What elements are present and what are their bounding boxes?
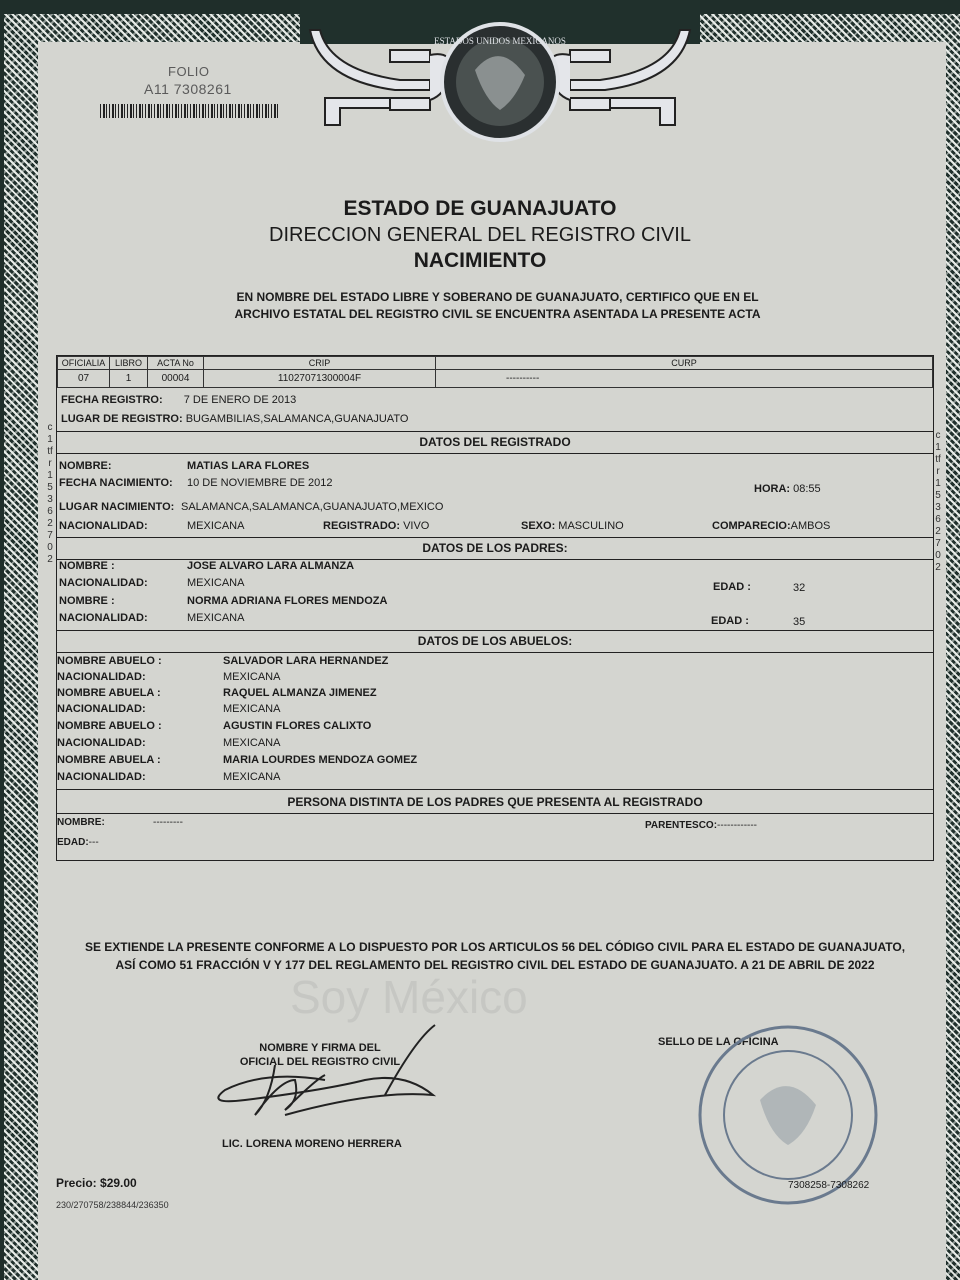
national-coat-of-arms-emblem: ESTADOS UNIDOS MEXICANOS: [300, 0, 700, 160]
padre-nombre-label: NOMBRE :: [59, 560, 115, 572]
presentante-edad-value: ---: [89, 837, 99, 848]
col-crip: CRIP: [204, 357, 436, 370]
price: Precio: $29.00: [56, 1176, 137, 1190]
madre-nacionalidad: MEXICANA: [187, 612, 244, 624]
madre-edad-label: EDAD :: [711, 615, 749, 627]
abuela-1-nacionalidad: MEXICANA: [223, 703, 280, 715]
lugar-nac-value: SALAMANCA,SALAMANCA,GUANAJUATO,MEXICO: [181, 501, 443, 513]
section-registrado: DATOS DEL REGISTRADO: [57, 435, 933, 449]
folio-number: A11 7308261: [144, 81, 232, 97]
abuela-2-label: NOMBRE ABUELA :: [57, 754, 161, 766]
legal-line-1: SE EXTIENDE LA PRESENTE CONFORME A LO DI…: [0, 938, 960, 956]
parentesco: PARENTESCO:------------: [645, 820, 757, 831]
val-curp: ----------: [436, 370, 933, 388]
hora: HORA: 08:55: [754, 483, 821, 495]
fecha-registro-label: FECHA REGISTRO:: [61, 394, 163, 406]
abuela-1-nac-label: NACIONALIDAD:: [57, 703, 146, 715]
legal-statement: SE EXTIENDE LA PRESENTE CONFORME A LO DI…: [0, 938, 960, 974]
lugar-registro-label: LUGAR DE REGISTRO:: [61, 413, 183, 425]
intro-line-2: ARCHIVO ESTATAL DEL REGISTRO CIVIL SE EN…: [0, 306, 960, 323]
abuelo-2-nac-label: NACIONALIDAD:: [57, 737, 146, 749]
parentesco-label: PARENTESCO:: [645, 820, 717, 831]
abuelo-2-nacionalidad: MEXICANA: [223, 737, 280, 749]
sexo-value: MASCULINO: [558, 520, 623, 532]
lugar-registro-value: BUGAMBILIAS,SALAMANCA,GUANAJUATO: [186, 413, 409, 425]
registrado-label: REGISTRADO:: [323, 520, 400, 532]
agency-title: DIRECCION GENERAL DEL REGISTRO CIVIL: [0, 224, 960, 247]
presentante-nombre: ---------: [153, 817, 183, 828]
folio-label: FOLIO: [168, 64, 210, 79]
val-libro: 1: [110, 370, 148, 388]
lugar-registro: LUGAR DE REGISTRO: BUGAMBILIAS,SALAMANCA…: [61, 413, 408, 425]
val-crip: 11027071300004F: [204, 370, 436, 388]
watermark-text: Soy México: [290, 970, 528, 1024]
abuelo-1-nombre: SALVADOR LARA HERNANDEZ: [223, 655, 388, 667]
fecha-registro-value: 7 DE ENERO DE 2013: [184, 394, 297, 406]
col-curp: CURP: [436, 357, 933, 370]
sexo-label: SEXO:: [521, 520, 555, 532]
side-code-left: c1tfr15362702: [46, 422, 54, 566]
header-table: OFICIALIA LIBRO ACTA No CRIP CURP 07 1 0…: [57, 356, 933, 388]
val-oficialia: 07: [58, 370, 110, 388]
col-libro: LIBRO: [110, 357, 148, 370]
col-oficialia: OFICIALIA: [58, 357, 110, 370]
intro-line-1: EN NOMBRE DEL ESTADO LIBRE Y SOBERANO DE…: [0, 289, 960, 306]
val-acta: 00004: [148, 370, 204, 388]
nacionalidad-value: MEXICANA: [187, 520, 244, 532]
padre-edad: 32: [793, 582, 805, 594]
fecha-nac-value: 10 DE NOVIEMBRE DE 2012: [187, 477, 333, 489]
comparecio-value: AMBOS: [791, 520, 831, 532]
section-abuelos: DATOS DE LOS ABUELOS:: [57, 634, 933, 648]
abuela-2-nac-label: NACIONALIDAD:: [57, 771, 146, 783]
madre-nombre-label: NOMBRE :: [59, 595, 115, 607]
presentante-nombre-label: NOMBRE:: [57, 817, 105, 828]
comparecio: COMPARECIO:AMBOS: [712, 520, 830, 532]
abuela-1-nombre: RAQUEL ALMANZA JIMENEZ: [223, 687, 377, 699]
nombre-registrado: MATIAS LARA FLORES: [187, 460, 309, 472]
madre-nombre: NORMA ADRIANA FLORES MENDOZA: [187, 595, 387, 607]
seal-numbers: 7308258-7308262: [788, 1180, 869, 1191]
hora-label: HORA:: [754, 483, 790, 495]
parentesco-value: ------------: [717, 820, 757, 831]
registrado-status: REGISTRADO: VIVO: [323, 520, 429, 532]
presentante-edad-label: EDAD:: [57, 837, 89, 848]
intro-text: EN NOMBRE DEL ESTADO LIBRE Y SOBERANO DE…: [0, 289, 960, 323]
barcode: [100, 104, 280, 118]
legal-line-2: ASÍ COMO 51 FRACCIÓN V Y 177 DEL REGLAME…: [0, 956, 960, 974]
padre-nombre: JOSE ALVARO LARA ALMANZA: [187, 560, 354, 572]
col-acta: ACTA No: [148, 357, 204, 370]
fecha-nac-label: FECHA NACIMIENTO:: [59, 477, 173, 489]
act-type-title: NACIMIENTO: [0, 249, 960, 273]
abuelo-1-nacionalidad: MEXICANA: [223, 671, 280, 683]
state-title: ESTADO DE GUANAJUATO: [0, 197, 960, 221]
handwritten-signature: [205, 1020, 445, 1130]
abuela-2-nacionalidad: MEXICANA: [223, 771, 280, 783]
comparecio-label: COMPARECIO:: [712, 520, 791, 532]
registrado-value: VIVO: [403, 520, 429, 532]
presentante-edad: EDAD:---: [57, 837, 99, 848]
padre-nac-label: NACIONALIDAD:: [59, 577, 148, 589]
nacionalidad-label: NACIONALIDAD:: [59, 520, 148, 532]
lugar-nac-label: LUGAR NACIMIENTO:: [59, 501, 174, 513]
section-presentante: PERSONA DISTINTA DE LOS PADRES QUE PRESE…: [57, 795, 933, 809]
fecha-registro: FECHA REGISTRO: 7 DE ENERO DE 2013: [61, 394, 296, 406]
nombre-label: NOMBRE:: [59, 460, 112, 472]
padre-edad-label: EDAD :: [713, 581, 751, 593]
section-padres: DATOS DE LOS PADRES:: [57, 541, 933, 555]
record-box: OFICIALIA LIBRO ACTA No CRIP CURP 07 1 0…: [56, 355, 934, 861]
reference-codes: 230/270758/238844/236350: [56, 1200, 169, 1210]
abuelo-2-nombre: AGUSTIN FLORES CALIXTO: [223, 720, 371, 732]
madre-edad: 35: [793, 616, 805, 628]
abuela-1-label: NOMBRE ABUELA :: [57, 687, 161, 699]
official-name: LIC. LORENA MORENO HERRERA: [222, 1138, 402, 1150]
abuelo-1-label: NOMBRE ABUELO :: [57, 655, 162, 667]
sexo: SEXO: MASCULINO: [521, 520, 624, 532]
seal-legend: ESTADOS UNIDOS MEXICANOS: [434, 36, 566, 46]
hora-value: 08:55: [793, 483, 821, 495]
madre-nac-label: NACIONALIDAD:: [59, 612, 148, 624]
abuelo-2-label: NOMBRE ABUELO :: [57, 720, 162, 732]
side-code-right: c1tfr15362702: [934, 430, 942, 574]
abuelo-1-nac-label: NACIONALIDAD:: [57, 671, 146, 683]
padre-nacionalidad: MEXICANA: [187, 577, 244, 589]
abuela-2-nombre: MARIA LOURDES MENDOZA GOMEZ: [223, 754, 417, 766]
